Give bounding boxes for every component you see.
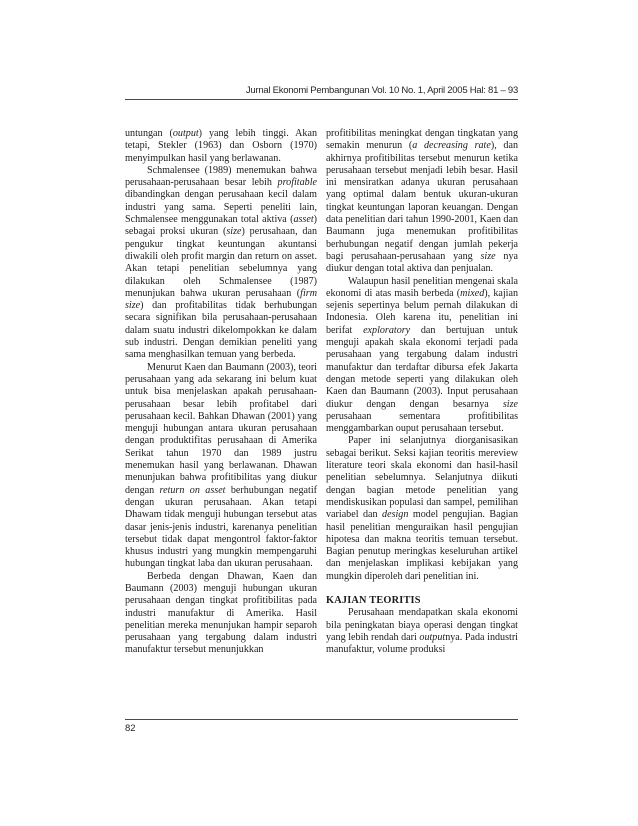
text-run: size xyxy=(226,226,241,237)
paragraph: Berbeda dengan Dhawan, Kaen dan Baumann … xyxy=(125,571,317,657)
text-run: return on asset xyxy=(160,485,226,496)
paragraph: Menurut Kaen dan Baumann (2003), teori p… xyxy=(125,362,317,571)
page-footer: 82 xyxy=(125,719,518,734)
text-run: Berbeda dengan Dhawan, Kaen dan Baumann … xyxy=(125,571,317,656)
text-run: asset xyxy=(293,214,313,225)
paragraph: Schmalensee (1989) menemukan bahwa perus… xyxy=(125,165,317,362)
paragraph: Walaupun hasil penelitian mengenai skala… xyxy=(326,276,518,436)
text-run: design xyxy=(382,509,408,520)
text-run: Menurut Kaen dan Baumann (2003), teori p… xyxy=(125,362,317,496)
text-run: Paper ini selanjutnya diorganisasikan se… xyxy=(326,435,518,520)
text-run: size xyxy=(481,251,496,262)
text-run: output xyxy=(173,128,199,139)
text-run: berhubungan negatif dengan ukuran perusa… xyxy=(125,485,317,570)
paragraph: untungan (output) yang lebih tinggi. Aka… xyxy=(125,128,317,165)
text-run: perusahaan sementara profitibilitas meng… xyxy=(326,411,518,434)
article-body: untungan (output) yang lebih tinggi. Aka… xyxy=(125,128,519,657)
text-run: mixed xyxy=(460,288,484,299)
section-heading: KAJIAN TEORITIS xyxy=(326,595,518,607)
text-run: dibandingkan dengan perusahaan kecil dal… xyxy=(125,189,317,225)
text-run: a decreasing rate xyxy=(412,140,491,151)
text-run: KAJIAN TEORITIS xyxy=(326,595,421,606)
text-run: exploratory xyxy=(363,325,410,336)
text-run: ), dan akhirnya profitibilitas tersebut … xyxy=(326,140,518,262)
text-run: dan bertujuan untuk menguji apakah skala… xyxy=(326,325,518,410)
text-run: output xyxy=(419,632,445,643)
paragraph: profitibilitas meningkat dengan tingkata… xyxy=(326,128,518,276)
text-run: size xyxy=(503,399,518,410)
journal-page: Jurnal Ekonomi Pembangunan Vol. 10 No. 1… xyxy=(0,0,638,826)
page-number: 82 xyxy=(125,723,136,734)
text-run: ) dan profitabilitas tidak berhubungan s… xyxy=(125,300,317,360)
column-left: untungan (output) yang lebih tinggi. Aka… xyxy=(125,128,317,657)
paragraph: Paper ini selanjutnya diorganisasikan se… xyxy=(326,435,518,583)
column-right: profitibilitas meningkat dengan tingkata… xyxy=(326,128,518,657)
text-run: profitable xyxy=(278,177,317,188)
running-header: Jurnal Ekonomi Pembangunan Vol. 10 No. 1… xyxy=(125,85,518,100)
paragraph: Perusahaan mendapatkan skala ekonomi bil… xyxy=(326,607,518,656)
text-run: untungan ( xyxy=(125,128,173,139)
